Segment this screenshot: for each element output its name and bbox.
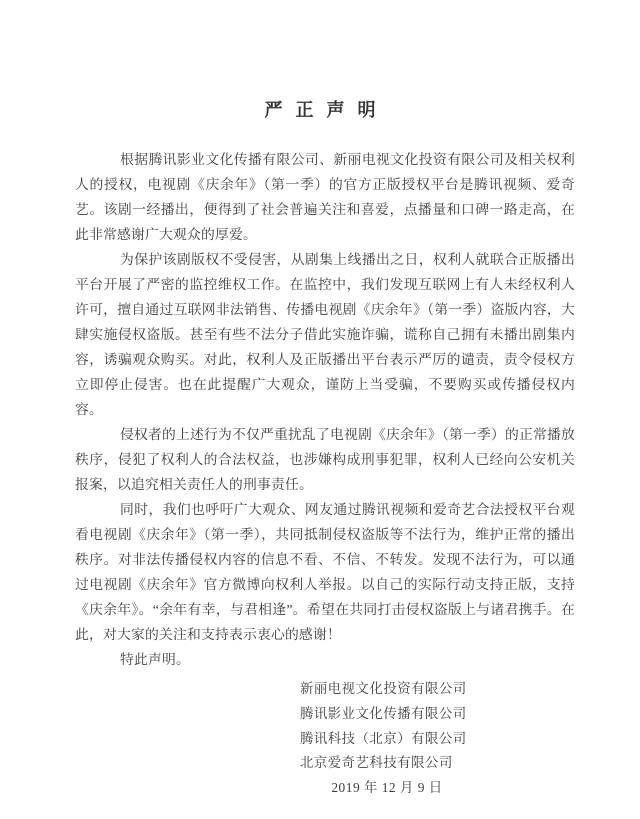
paragraph-piracy-monitoring: 为保护该剧版权不受侵害，从剧集上线播出之日，权利人就联合正版播出平台开展了严密的… xyxy=(75,247,575,422)
signatory-xinli-tv: 新丽电视文化投资有限公司 xyxy=(300,677,464,702)
document-page: 严正声明 根据腾讯影业文化传播有限公司、新丽电视文化投资有限公司及相关权利人的授… xyxy=(0,0,640,819)
paragraph-appeal-to-viewers: 同时，我们也呼吁广大观众、网友通过腾讯视频和爱奇艺合法授权平台观看电视剧《庆余年… xyxy=(75,497,575,647)
document-title: 严正声明 xyxy=(0,96,640,122)
signatory-beijing-iqiyi: 北京爱奇艺科技有限公司 xyxy=(300,751,464,776)
document-date: 2019 年 12 月 9 日 xyxy=(300,776,464,801)
document-body: 根据腾讯影业文化传播有限公司、新丽电视文化投资有限公司及相关权利人的授权，电视剧… xyxy=(75,147,575,672)
signature-block: 新丽电视文化投资有限公司 腾讯影业文化传播有限公司 腾讯科技（北京）有限公司 北… xyxy=(300,677,464,801)
paragraph-authorization: 根据腾讯影业文化传播有限公司、新丽电视文化投资有限公司及相关权利人的授权，电视剧… xyxy=(75,147,575,247)
paragraph-legal-action: 侵权者的上述行为不仅严重扰乱了电视剧《庆余年》（第一季）的正常播放秩序，侵犯了权… xyxy=(75,422,575,497)
paragraph-closing-statement: 特此声明。 xyxy=(75,647,575,672)
signatory-tencent-pictures: 腾讯影业文化传播有限公司 xyxy=(300,702,464,727)
signatory-tencent-technology: 腾讯科技（北京）有限公司 xyxy=(300,727,464,752)
